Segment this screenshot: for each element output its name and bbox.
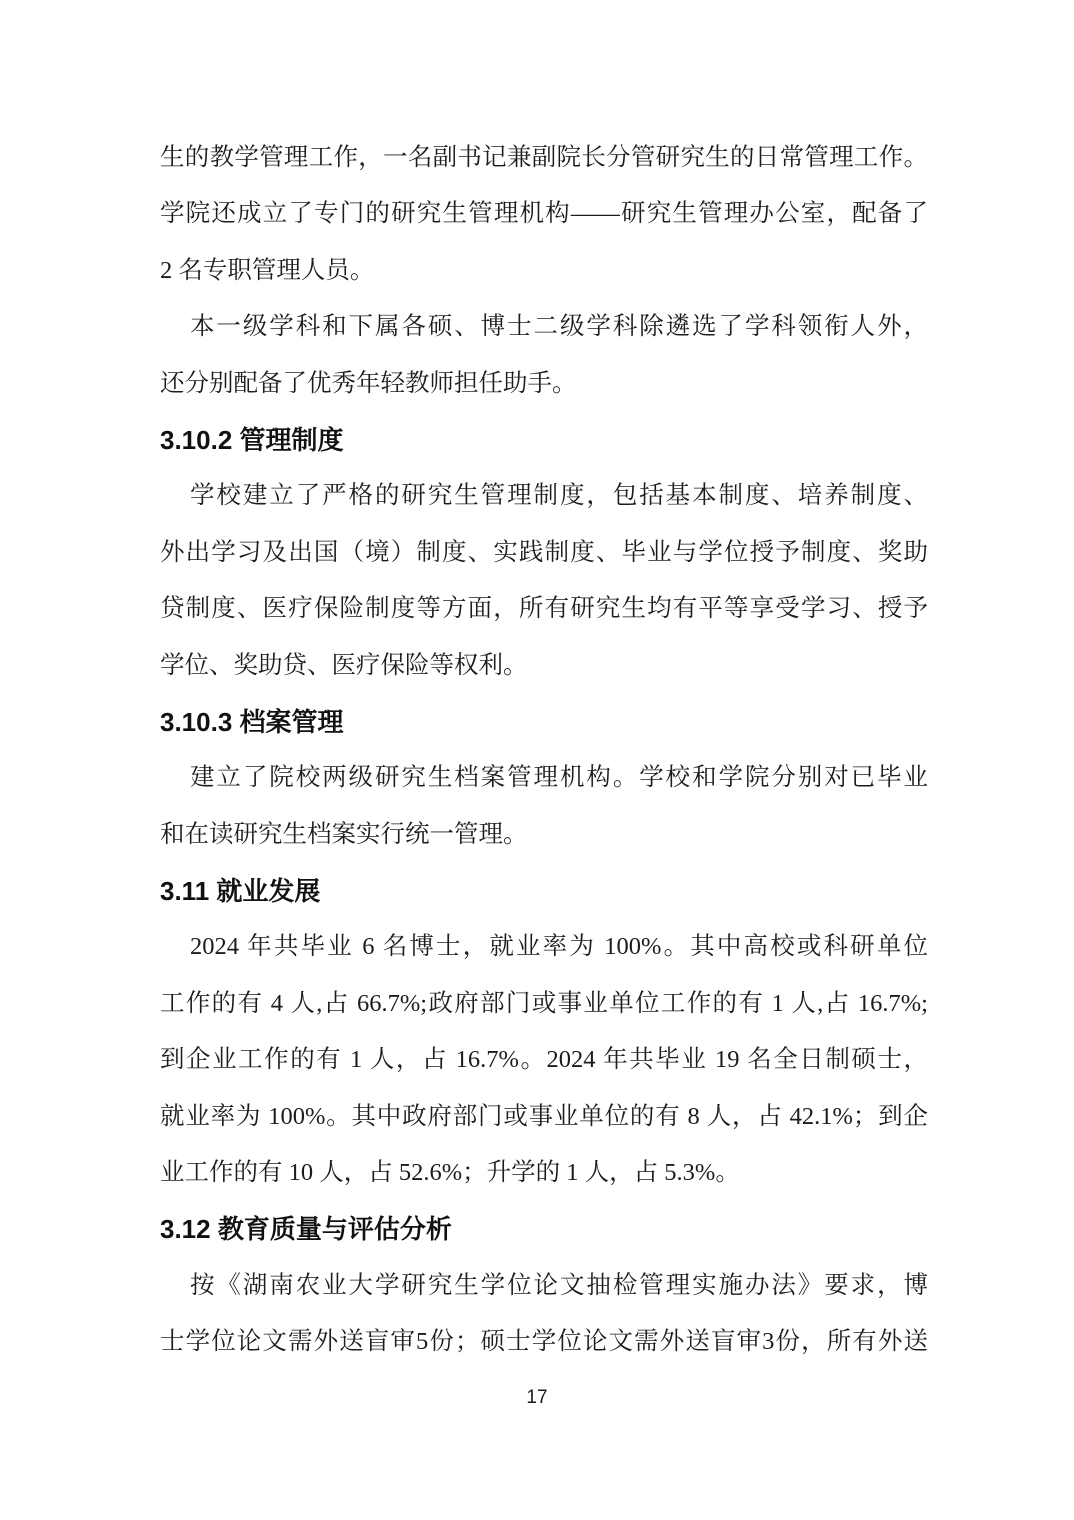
section-heading-3-10-3: 3.10.3 档案管理	[160, 694, 928, 750]
document-body: 生的教学管理工作，一名副书记兼副院长分管研究生的日常管理工作。 学院还成立了专门…	[160, 130, 928, 1371]
body-line: 2 名专职管理人员。	[160, 243, 928, 299]
body-line: 本一级学科和下属各硕、博士二级学科除遴选了学科领衔人外，	[160, 299, 928, 355]
body-line: 按《湖南农业大学研究生学位论文抽检管理实施办法》要求，博	[160, 1258, 928, 1314]
body-line: 到企业工作的有 1 人，占 16.7%。2024 年共毕业 19 名全日制硕士，	[160, 1032, 928, 1088]
section-heading-3-12: 3.12 教育质量与评估分析	[160, 1201, 928, 1257]
body-line: 工作的有 4 人,占 66.7%;政府部门或事业单位工作的有 1 人,占 16.…	[160, 976, 928, 1032]
body-line: 学位、奖助贷、医疗保险等权利。	[160, 638, 928, 694]
body-line: 和在读研究生档案实行统一管理。	[160, 807, 928, 863]
body-line: 业工作的有 10 人，占 52.6%；升学的 1 人，占 5.3%。	[160, 1145, 928, 1201]
body-line: 贷制度、医疗保险制度等方面，所有研究生均有平等享受学习、授予	[160, 581, 928, 637]
body-line: 学校建立了严格的研究生管理制度，包括基本制度、培养制度、	[160, 468, 928, 524]
document-page: 生的教学管理工作，一名副书记兼副院长分管研究生的日常管理工作。 学院还成立了专门…	[0, 0, 1074, 1520]
body-line: 2024 年共毕业 6 名博士，就业率为 100%。其中高校或科研单位	[160, 919, 928, 975]
body-line: 士学位论文需外送盲审5份；硕士学位论文需外送盲审3份，所有外送	[160, 1314, 928, 1370]
body-line: 外出学习及出国（境）制度、实践制度、毕业与学位授予制度、奖助	[160, 525, 928, 581]
body-line: 学院还成立了专门的研究生管理机构——研究生管理办公室，配备了	[160, 186, 928, 242]
body-line: 生的教学管理工作，一名副书记兼副院长分管研究生的日常管理工作。	[160, 130, 928, 186]
body-line: 建立了院校两级研究生档案管理机构。学校和学院分别对已毕业	[160, 750, 928, 806]
body-line: 还分别配备了优秀年轻教师担任助手。	[160, 356, 928, 412]
section-heading-3-10-2: 3.10.2 管理制度	[160, 412, 928, 468]
body-line: 就业率为 100%。其中政府部门或事业单位的有 8 人，占 42.1%；到企	[160, 1089, 928, 1145]
section-heading-3-11: 3.11 就业发展	[160, 863, 928, 919]
page-number: 17	[0, 1384, 1074, 1412]
